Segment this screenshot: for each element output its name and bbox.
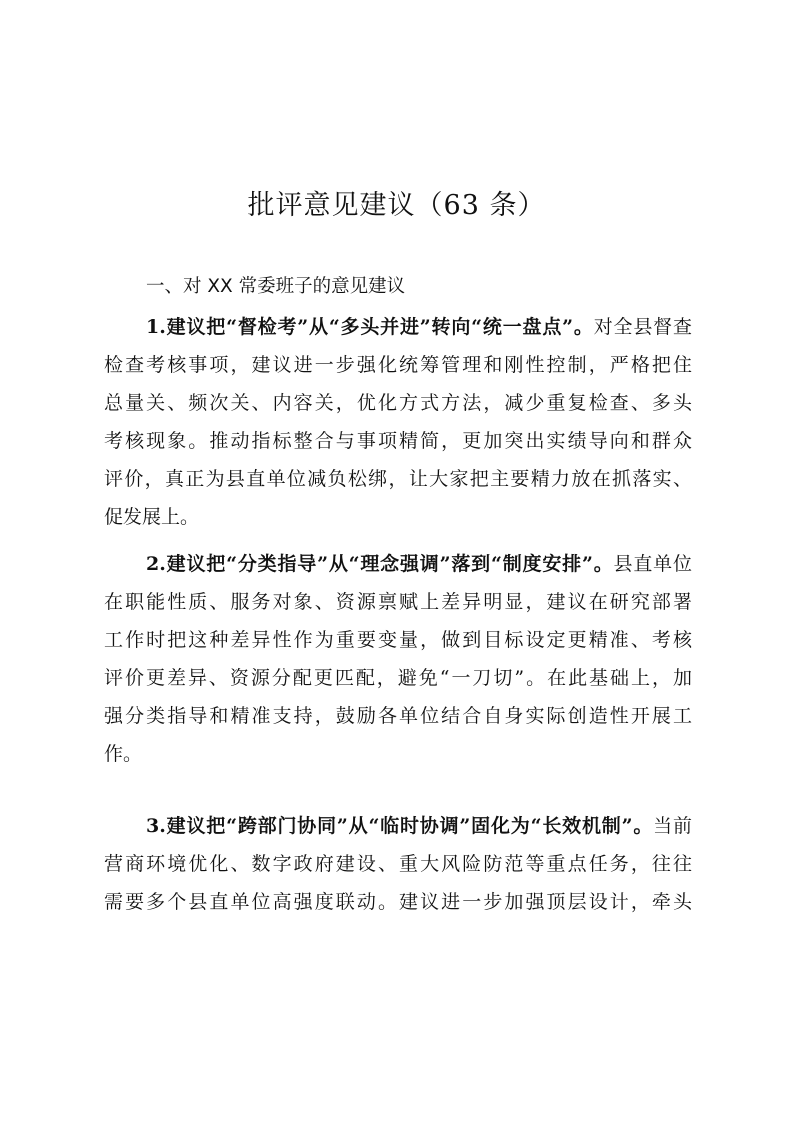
item-1-line-4: 考核现象。推动指标整合与事项精简，更加突出实绩导向和群众 [104, 426, 692, 456]
item-2-line-2: 在职能性质、服务对象、资源禀赋上差异明显，建议在研究部署 [104, 587, 692, 617]
item-1-lead: 1.建议把“督检考”从“多头并进”转向“统一盘点”。 [146, 316, 594, 338]
item-2-lead: 2.建议把“分类指导”从“理念强调”落到“制度安排”。 [146, 553, 614, 575]
document-title: 批评意见建议（63 条） [0, 183, 793, 222]
item-3-line-3: 需要多个县直单位高强度联动。建议进一步加强顶层设计，牵头 [104, 887, 692, 917]
item-2-text: 县直单位 [614, 553, 692, 575]
item-2-line-3: 工作时把这种差异性作为重要变量，做到目标设定更精准、考核 [104, 625, 692, 655]
item-1-text: 对全县督查 [594, 316, 692, 338]
item-1-line-6: 促发展上。 [104, 502, 692, 532]
item-3-line-2: 营商环境优化、数字政府建设、重大风险防范等重点任务，往往 [104, 849, 692, 879]
item-3-lead: 3.建议把“跨部门协同”从“临时协调”固化为“长效机制”。 [146, 815, 653, 837]
item-1-line-2: 检查考核事项，建议进一步强化统筹管理和刚性控制，严格把住 [104, 350, 692, 380]
item-2-line-5: 强分类指导和精准支持，鼓励各单位结合自身实际创造性开展工 [104, 701, 692, 731]
section-heading: 一、对 XX 常委班子的意见建议 [146, 272, 405, 298]
item-2-line-1: 2.建议把“分类指导”从“理念强调”落到“制度安排”。县直单位 [146, 549, 692, 579]
item-1-line-5: 评价，真正为县直单位减负松绑，让大家把主要精力放在抓落实、 [104, 464, 692, 494]
item-3-line-1: 3.建议把“跨部门协同”从“临时协调”固化为“长效机制”。当前 [146, 811, 692, 841]
item-2-line-4: 评价更差异、资源分配更匹配，避免“一刀切”。在此基础上，加 [104, 663, 692, 693]
item-1-line-1: 1.建议把“督检考”从“多头并进”转向“统一盘点”。对全县督查 [146, 312, 692, 342]
item-2-line-6: 作。 [104, 739, 692, 769]
item-3-text: 当前 [653, 815, 692, 837]
item-1-line-3: 总量关、频次关、内容关，优化方式方法，减少重复检查、多头 [104, 388, 692, 418]
